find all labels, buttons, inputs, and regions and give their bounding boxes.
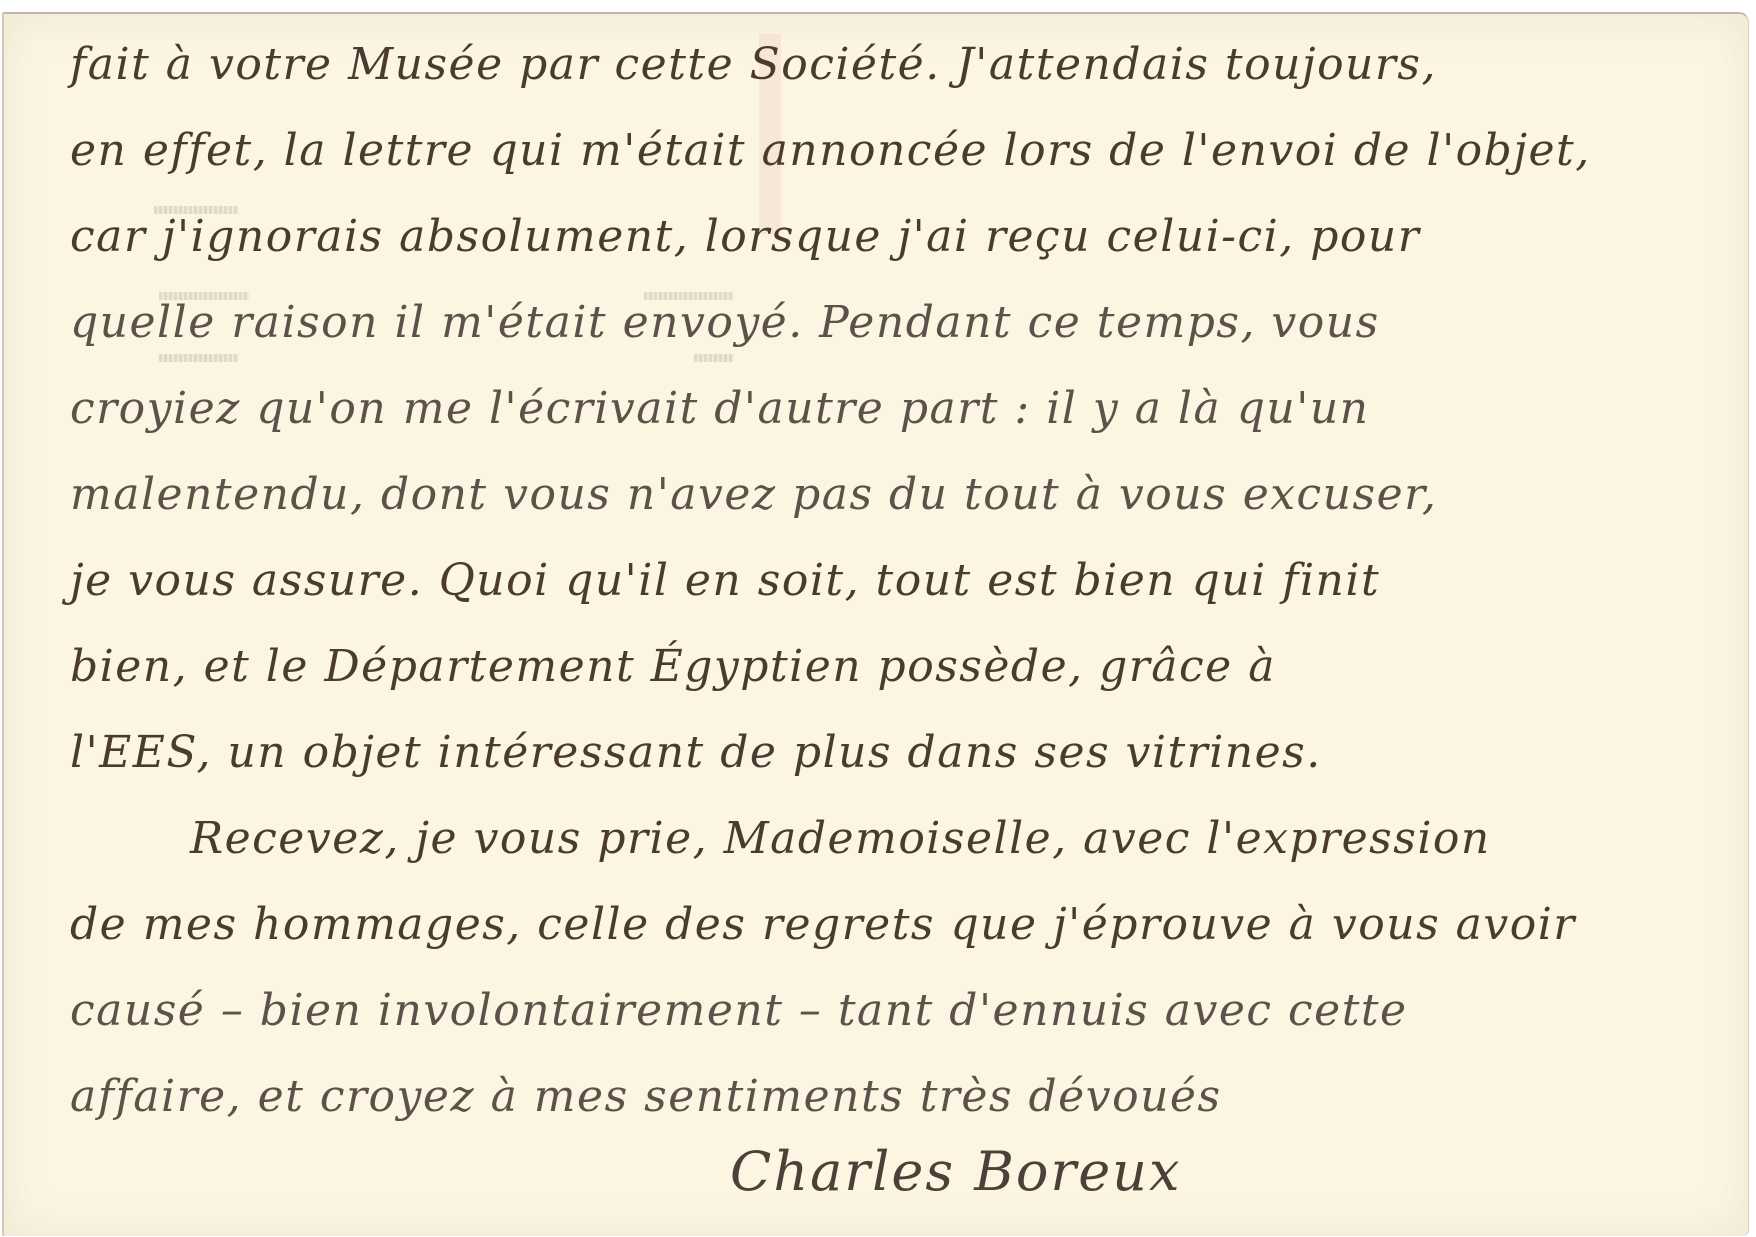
letter-line: causé – bien involontairement – tant d'e… [70, 968, 1710, 1054]
letter-line: de mes hommages, celle des regrets que j… [70, 882, 1710, 968]
scanned-page: fait à votre Musée par cette Société. J'… [0, 0, 1756, 1237]
letter-line: quelle raison il m'était envoyé. Pendant… [70, 280, 1710, 366]
letter-body: fait à votre Musée par cette Société. J'… [70, 22, 1710, 1140]
letter-line: fait à votre Musée par cette Société. J'… [70, 22, 1710, 108]
letter-closing-line: Recevez, je vous prie, Mademoiselle, ave… [70, 796, 1710, 882]
letter-line: en effet, la lettre qui m'était annoncée… [70, 108, 1710, 194]
letter-line: malentendu, dont vous n'avez pas du tout… [70, 452, 1710, 538]
letter-line: croyiez qu'on me l'écrivait d'autre part… [70, 366, 1710, 452]
letter-line: bien, et le Département Égyptien possède… [70, 624, 1710, 710]
letter-line: car j'ignorais absolument, lorsque j'ai … [70, 194, 1710, 280]
letter-line: l'EES, un objet intéressant de plus dans… [70, 710, 1710, 796]
letter-line: je vous assure. Quoi qu'il en soit, tout… [70, 538, 1710, 624]
letter-line: affaire, et croyez à mes sentiments très… [70, 1054, 1710, 1140]
signature: Charles Boreux [730, 1140, 1181, 1203]
